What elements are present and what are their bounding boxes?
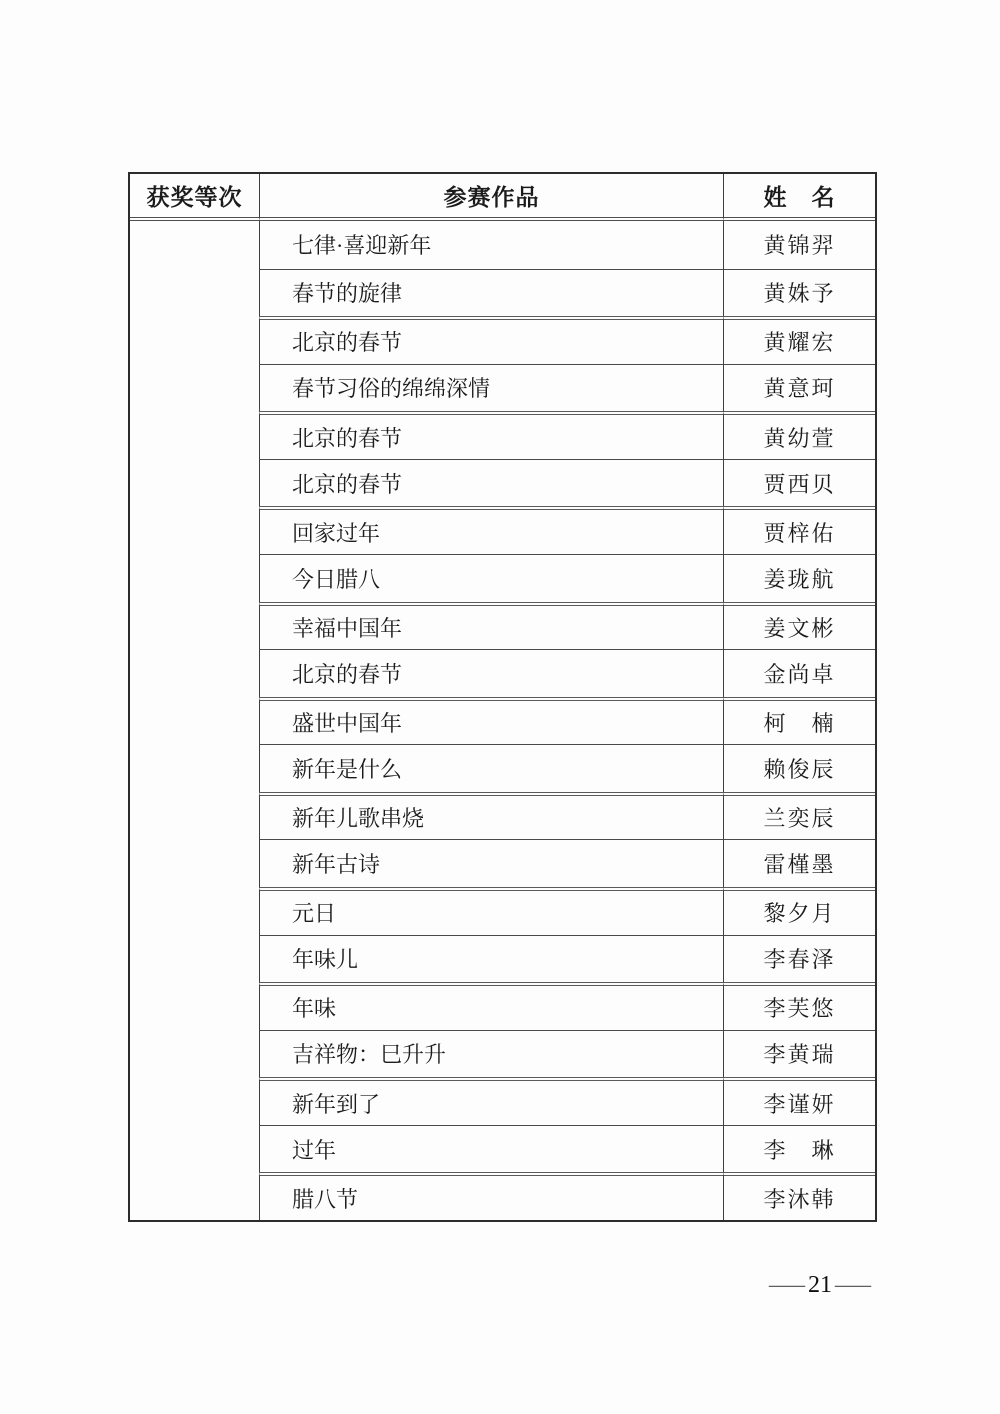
table-row-work-cell: 春节习俗的绵绵深情	[259, 364, 723, 412]
table-row-work-cell: 年味	[259, 982, 723, 1030]
table-row-name-cell: 兰奕辰	[723, 792, 875, 840]
table-row-work-cell: 新年儿歌串烧	[259, 792, 723, 840]
table-row-work-cell: 今日腊八	[259, 554, 723, 602]
table-row-work-cell: 元日	[259, 887, 723, 935]
table-row-name-cell: 黎夕月	[723, 887, 875, 935]
page-number-dash-right: —	[835, 1272, 871, 1299]
table-row-name-cell: 姜珑航	[723, 554, 875, 602]
table-row-name-cell: 李春泽	[723, 935, 875, 983]
table-row-work-cell: 新年到了	[259, 1077, 723, 1125]
header-cell-name: 姓 名	[723, 174, 875, 221]
table-row-name-cell: 贾梓佑	[723, 506, 875, 554]
table-row-work-cell: 北京的春节	[259, 316, 723, 364]
table-row-name-cell: 李黄瑞	[723, 1030, 875, 1078]
table-row-name-cell: 李谨妍	[723, 1077, 875, 1125]
header-cell-award-level: 获奖等次	[130, 174, 259, 221]
table-row-work-cell: 腊八节	[259, 1172, 723, 1220]
table-row-name-cell: 金尚卓	[723, 649, 875, 697]
table-row-name-cell: 黄耀宏	[723, 316, 875, 364]
table-row-name-cell: 雷槿墨	[723, 839, 875, 887]
table-row-name-cell: 赖俊辰	[723, 744, 875, 792]
header-cell-entry-work: 参赛作品	[259, 174, 723, 221]
table-row-work-cell: 盛世中国年	[259, 697, 723, 745]
table-row-work-cell: 北京的春节	[259, 649, 723, 697]
table-row-work-cell: 回家过年	[259, 506, 723, 554]
table-row-work-cell: 新年古诗	[259, 839, 723, 887]
award-level-merged-cell	[130, 221, 259, 1220]
table-row-work-cell: 春节的旋律	[259, 269, 723, 317]
table-row-name-cell: 李芙悠	[723, 982, 875, 1030]
table-row-name-cell: 李沐韩	[723, 1172, 875, 1220]
document-page: 获奖等次 参赛作品 姓 名 七律·喜迎新年黄锦羿春节的旋律黄姝予北京的春节黄耀宏…	[0, 0, 1000, 1414]
page-number-dash-left: —	[769, 1272, 805, 1299]
table-row-name-cell: 黄锦羿	[723, 221, 875, 269]
table-row-name-cell: 黄幼萱	[723, 411, 875, 459]
table-row-name-cell: 姜文彬	[723, 602, 875, 650]
table-row-name-cell: 黄姝予	[723, 269, 875, 317]
table-row-work-cell: 幸福中国年	[259, 602, 723, 650]
table-row-work-cell: 七律·喜迎新年	[259, 221, 723, 269]
page-number-value: 21	[808, 1272, 832, 1299]
table-row-name-cell: 李 琳	[723, 1125, 875, 1173]
table-row-work-cell: 北京的春节	[259, 411, 723, 459]
table-row-work-cell: 年味儿	[259, 935, 723, 983]
table-row-work-cell: 吉祥物：巳升升	[259, 1030, 723, 1078]
table-row-name-cell: 黄意珂	[723, 364, 875, 412]
table-row-name-cell: 柯 楠	[723, 697, 875, 745]
table-row-work-cell: 北京的春节	[259, 459, 723, 507]
page-number: — 21 —	[758, 1272, 882, 1299]
award-table: 获奖等次 参赛作品 姓 名 七律·喜迎新年黄锦羿春节的旋律黄姝予北京的春节黄耀宏…	[128, 172, 877, 1222]
table-row-name-cell: 贾西贝	[723, 459, 875, 507]
table-row-work-cell: 过年	[259, 1125, 723, 1173]
table-row-work-cell: 新年是什么	[259, 744, 723, 792]
